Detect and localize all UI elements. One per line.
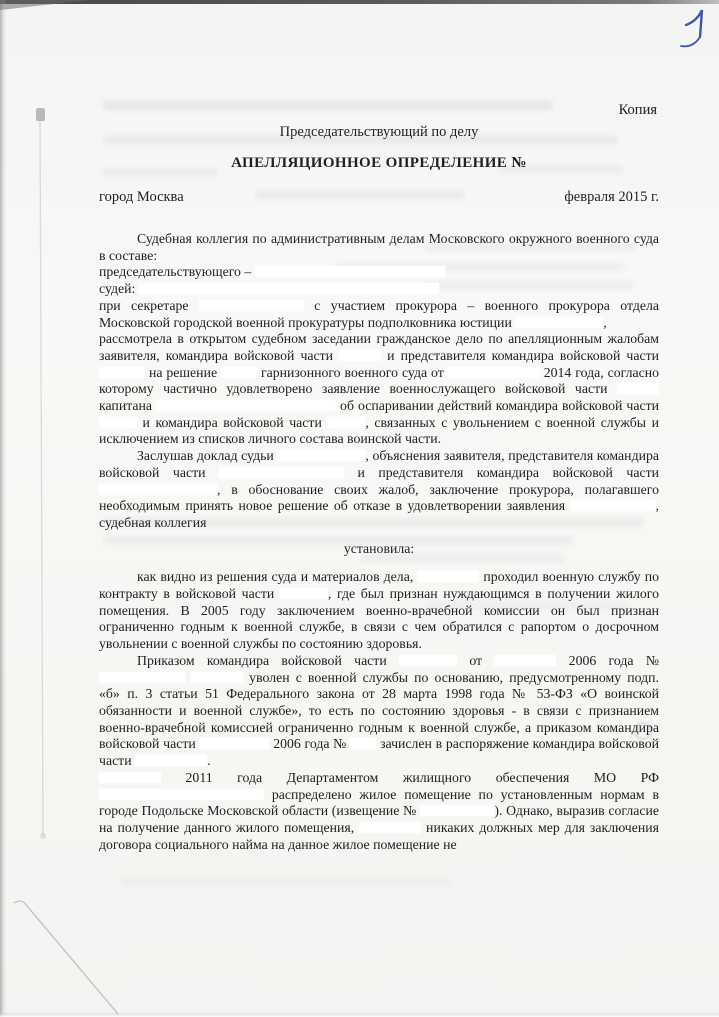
city-label: город Москва [99,189,184,206]
text-run: . [207,753,210,768]
page-scan: { "page": { "handwritten_page_number": "… [0,0,719,1017]
redaction-box [99,789,264,800]
redaction-box [327,417,365,428]
text-run: Приказом командира войсковой части [137,653,399,668]
redaction-box [199,738,269,749]
redaction-box [617,383,659,394]
para-judges: судей: [99,281,659,298]
text-run: и представителя командира войсковой част… [381,348,659,363]
text-run: и представителя командира войсковой част… [344,465,659,480]
text-run: об оспаривании действий командира войско… [336,398,659,413]
redaction-box [219,467,344,478]
para-housing: 2011 года Департаментом жилищного обеспе… [99,770,659,854]
scan-bottom-edge [0,1012,719,1017]
redaction-box [156,400,336,411]
presiding-judge-line: Председательствующий по делу [99,124,659,141]
redaction-box [494,655,556,666]
redaction-box [515,317,603,328]
redaction-box [448,367,540,378]
text-run: 2011 года Департаментом жилищного обеспе… [161,770,659,785]
para-dismissal-order: Приказом командира войсковой части от 20… [99,653,659,770]
redaction-box [350,738,376,749]
text-run: на решение [145,365,221,380]
ustanovila-heading: установила: [99,541,659,558]
redaction-box [99,367,145,378]
fold-crease-bottom-left [14,901,118,1014]
staple-mark [36,108,45,121]
bleedthrough-smudge [120,878,450,887]
text-run: как видно из решения суда и материалов д… [137,569,417,584]
redaction-box [417,571,479,582]
redaction-box [339,350,381,361]
date-label: февраля 2015 г. [564,189,659,206]
redaction-box [99,417,137,428]
copy-label: Копия [619,102,657,119]
text-run: гарнизонного военного суда от [257,365,448,380]
redaction-box [359,822,421,833]
text-run: от [457,653,494,668]
text-run: 2006 года № [269,736,350,751]
redaction-box [99,772,161,783]
scan-top-edge [0,0,719,4]
text-run: председательствующего – [99,264,255,279]
text-run: и командира войсковой части [137,415,327,430]
text-run: судей: [99,281,139,296]
redaction-box [99,484,217,495]
bleedthrough-smudge [103,101,553,110]
text-run: Судебная коллегия по административным де… [99,231,659,263]
text-run: Заслушав доклад судьи [137,448,277,463]
para-presiding-judge: председательствующего – [99,264,659,281]
redaction-box [135,755,207,766]
text-run: при секретаре [99,298,199,313]
handwritten-page-number [676,6,718,56]
redaction-box [255,266,445,277]
para-secretary: при секретаре с участием прокурора – вое… [99,298,659,331]
text-run: 2006 года № [556,653,659,668]
fold-crease-vertical [40,121,43,835]
scan-left-edge [0,0,7,1017]
redaction-box [191,672,243,683]
redaction-box [99,672,185,683]
para-report: Заслушав доклад судьи , объяснения заяви… [99,448,659,532]
text-run: , [603,315,606,330]
crease-end-mark [40,833,46,839]
text-run: установила: [344,541,414,556]
redaction-box [221,367,257,378]
document-title: АПЕЛЛЯЦИОННОЕ ОПРЕДЕЛЕНИЕ № [99,155,659,172]
redaction-box [277,450,365,461]
text-run: капитана [99,398,156,413]
para-collegium: Судебная коллегия по административным де… [99,231,659,264]
place-date-line: город Москва февраля 2015 г. [99,189,659,206]
redaction-box [420,805,494,816]
para-facts-1: как видно из решения суда и материалов д… [99,569,659,653]
redaction-box [139,283,439,294]
redaction-box [199,300,304,311]
redaction-box [280,588,328,599]
document-paragraphs: Судебная коллегия по административным де… [99,231,659,853]
scan-top-corner-shadow [0,0,90,10]
para-case-intro: рассмотрела в открытом судебном заседани… [99,331,659,448]
redaction-box [571,500,656,511]
redaction-box [399,655,457,666]
